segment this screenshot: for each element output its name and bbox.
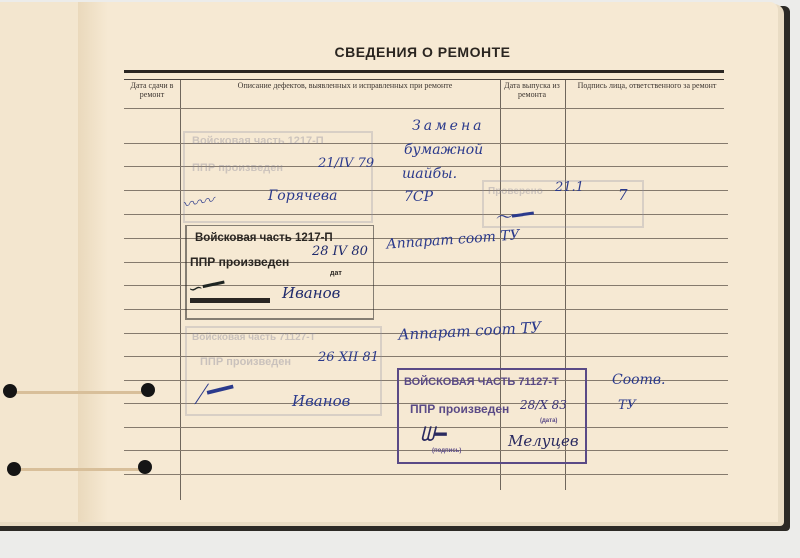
stamp-sub-signature: (подпись): [432, 448, 461, 454]
release-signature-scribble: 〜━━: [492, 199, 535, 230]
page-title: СВЕДЕНИЯ О РЕМОНТЕ: [0, 44, 800, 60]
binding-thread-bottom: [12, 468, 148, 471]
entry-date-handwritten: 28 IV 80: [312, 244, 368, 259]
description-line: бумажной: [404, 142, 483, 158]
faded-stamp-line1: Войсковая часть 1217-П: [192, 135, 324, 147]
stamp-underline: [190, 298, 270, 303]
entry-date-handwritten: 26 XII 81: [318, 350, 379, 365]
binding-hole: [3, 384, 17, 398]
responsible-line: Соотв.: [612, 372, 665, 388]
stamp-line1: ВОЙСКОВАЯ ЧАСТЬ 71127-Т: [404, 376, 559, 388]
stamp-line2: ППР произведен: [190, 255, 289, 269]
description-line: шайбы.: [402, 166, 457, 182]
signature-name: Иванов: [282, 284, 340, 302]
col-header-date-out: Дата выпуска из ремонта: [500, 81, 564, 99]
row-line: [124, 474, 728, 475]
entry-date-handwritten: 21/IV 79: [318, 156, 374, 171]
col-header-date-in: Дата сдачи в ремонт: [124, 81, 180, 99]
entry-date-handwritten: 28/X 83: [520, 398, 567, 412]
header-rule: [124, 70, 724, 73]
header-rule-thin: [124, 79, 724, 80]
col-header-signature: Подпись лица, ответственного за ремонт: [566, 81, 728, 90]
binding-hole: [138, 460, 152, 474]
stamp-line2: ППР произведен: [410, 402, 509, 416]
faded-stamp-line2: ППР произведен: [200, 356, 291, 368]
release-stamp-text: Проверено: [488, 186, 543, 197]
header-bottom-line: [124, 108, 724, 109]
binding-hole: [7, 462, 21, 476]
release-num: 7: [618, 186, 628, 204]
stamp-signature-scribble: ᗯ━: [420, 422, 446, 446]
responsible-line: ТУ: [618, 398, 636, 413]
binding-hole: [141, 383, 155, 397]
stamp-line1: Войсковая часть 1217-П: [195, 232, 333, 244]
signature-name: Мелуцев: [508, 432, 579, 450]
stamp-sub-label: дат: [330, 270, 342, 277]
left-page: [0, 2, 79, 522]
release-date: 21.1: [555, 180, 584, 195]
col-header-description: Описание дефектов, выявленных и исправле…: [200, 81, 490, 90]
binding-thread-top: [10, 391, 150, 394]
faded-stamp-line2: ППР произведен: [192, 162, 283, 174]
signature-name: Горячева: [268, 188, 337, 204]
stamp-sub-date: (дата): [540, 418, 557, 424]
signature-name: Иванов: [292, 392, 350, 410]
faded-stamp-line1: Войсковая часть 71127-Т: [192, 332, 316, 343]
description-line: Замена: [412, 118, 485, 134]
description-line: 7СР: [404, 189, 433, 205]
